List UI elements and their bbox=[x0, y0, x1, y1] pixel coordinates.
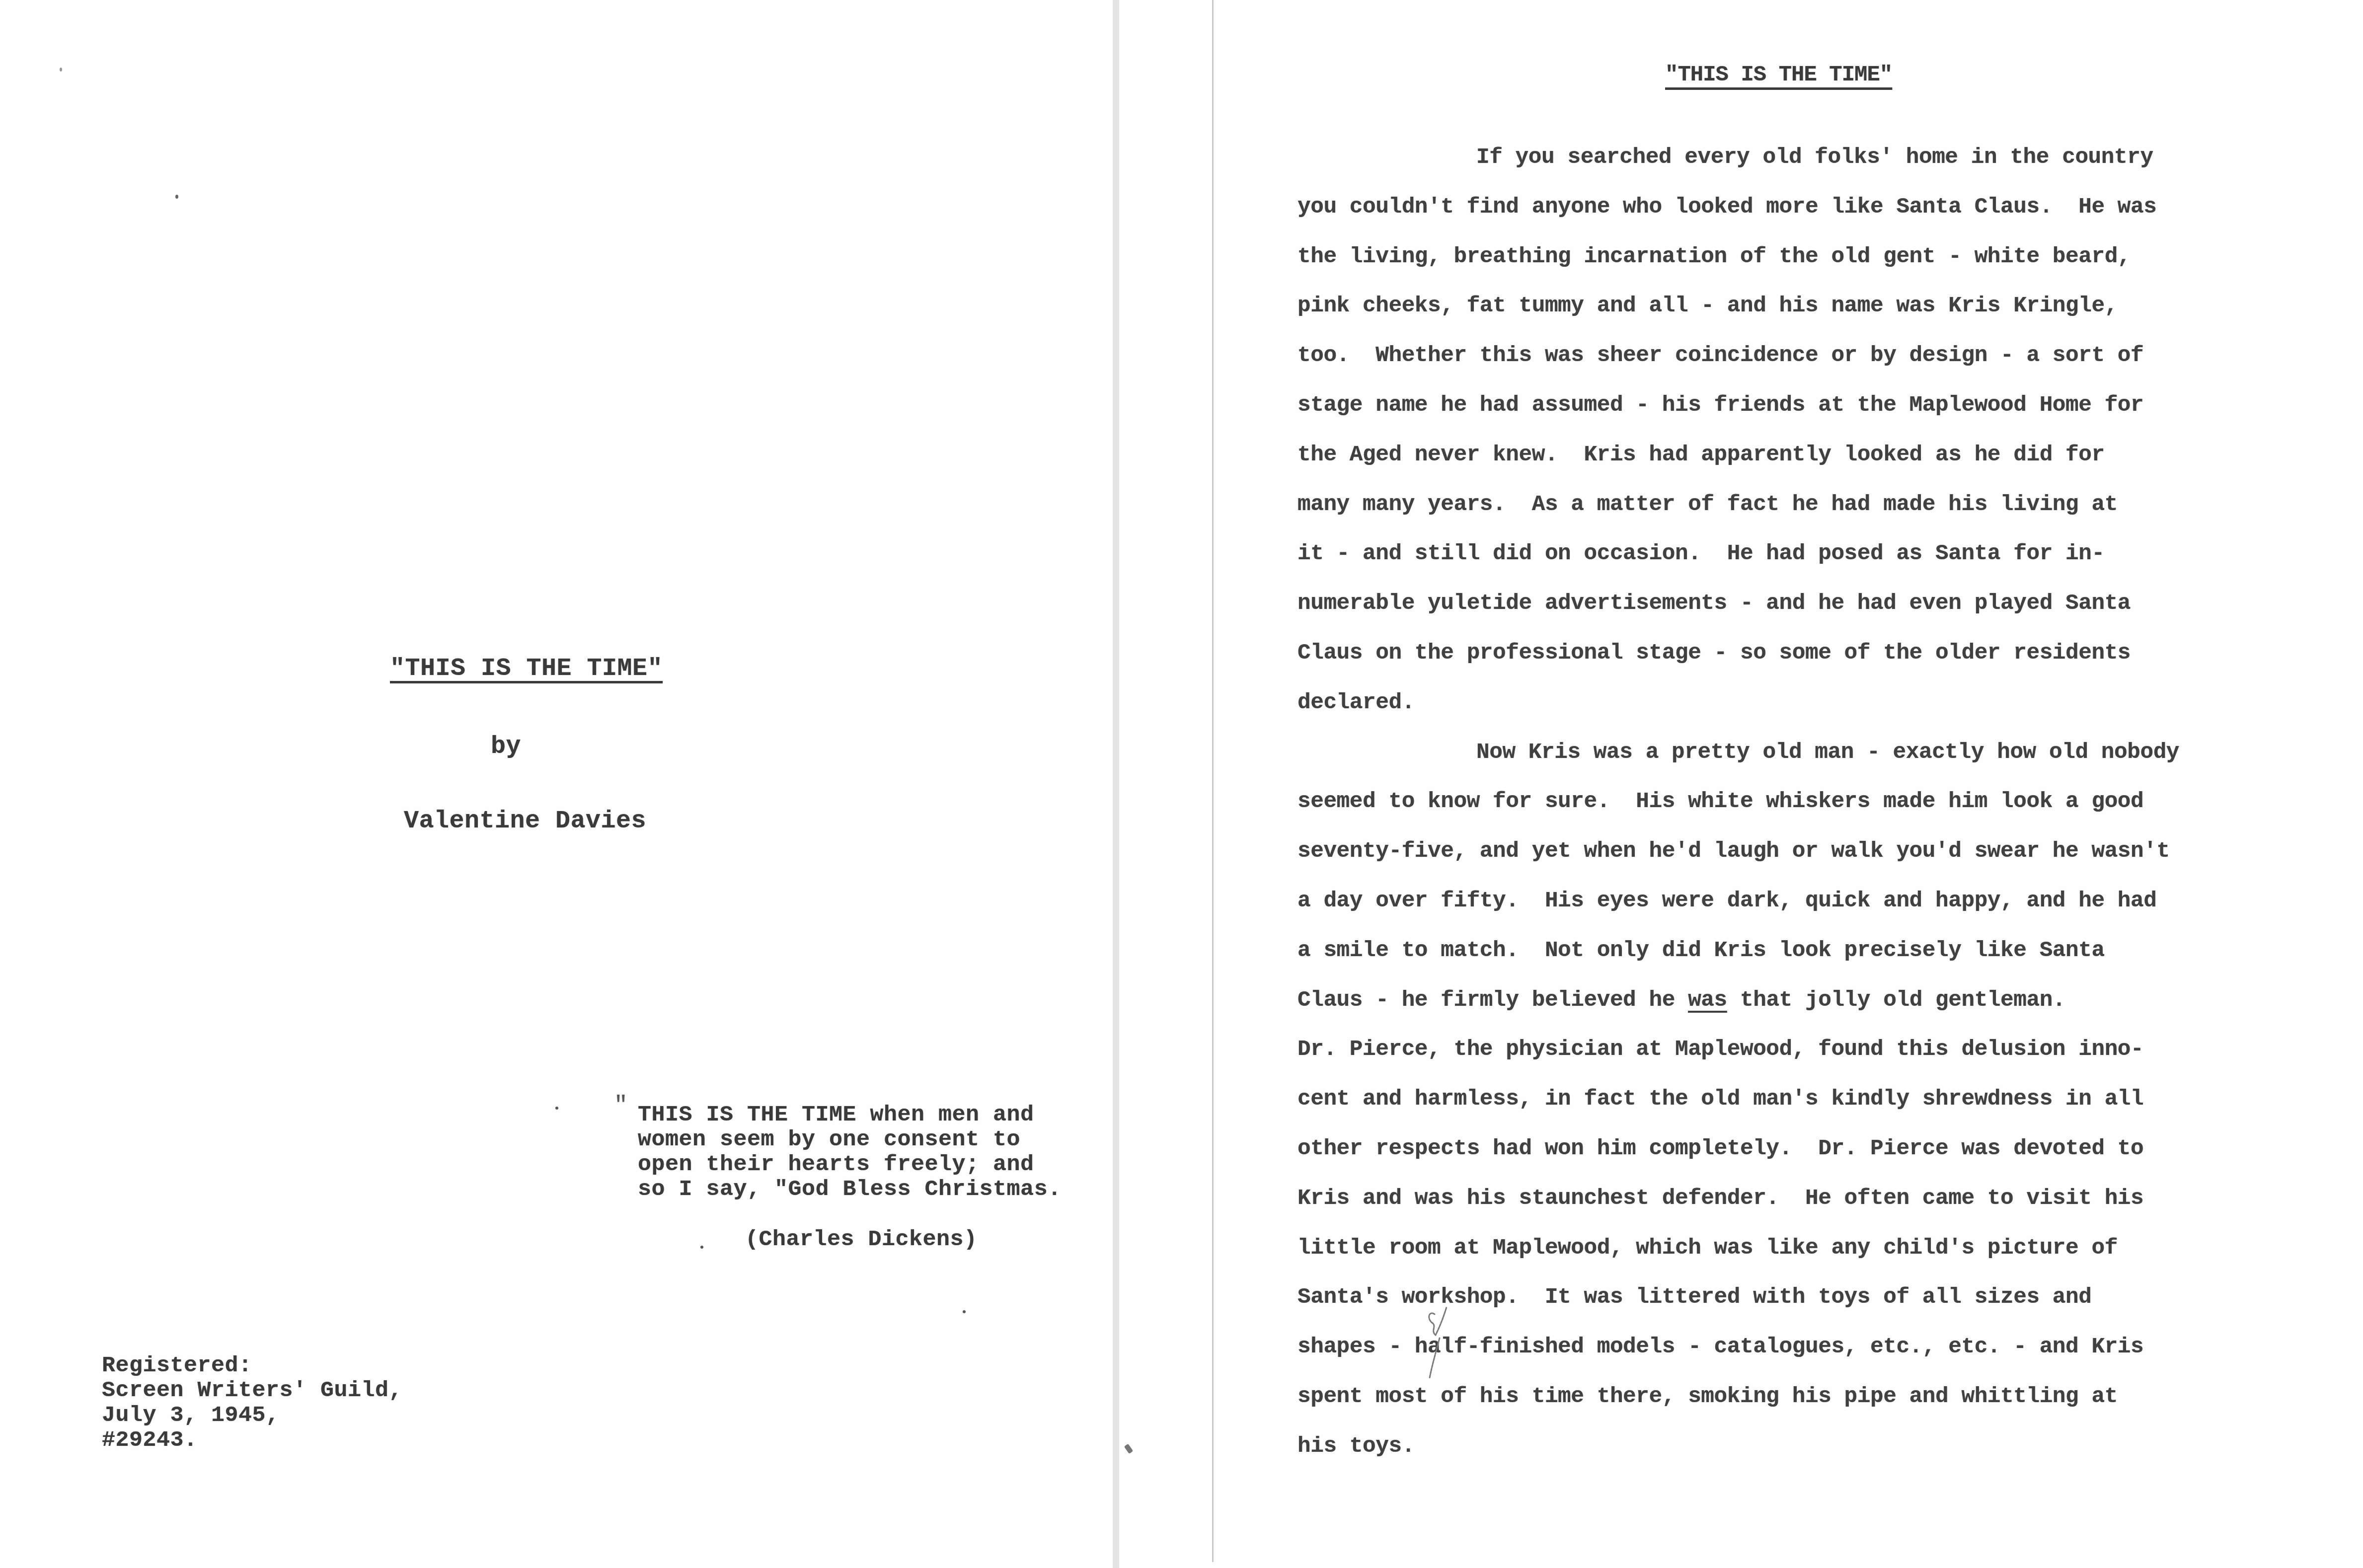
title-page-title: "THIS IS THE TIME" bbox=[390, 655, 663, 683]
story-line-text: Kris and was his staunchest defender. He… bbox=[1297, 1186, 2143, 1211]
story-line-text: Dr. Pierce, the physician at Maplewood, … bbox=[1297, 1037, 2143, 1062]
story-line-text: little room at Maplewood, which was like… bbox=[1297, 1236, 2118, 1261]
story-line-text: If you searched every old folks' home in… bbox=[1476, 145, 2153, 170]
story-line-text: pink cheeks, fat tummy and all - and his… bbox=[1297, 294, 2118, 318]
story-line: other respects had won him completely. D… bbox=[1297, 1124, 2331, 1174]
stray-dot bbox=[555, 1107, 558, 1110]
epigraph-line: THIS IS THE TIME when men and bbox=[638, 1102, 1034, 1127]
story-line-text: many many years. As a matter of fact he … bbox=[1297, 492, 2118, 517]
story-line-text: stage name he had assumed - his friends … bbox=[1297, 393, 2143, 418]
story-line: pink cheeks, fat tummy and all - and his… bbox=[1297, 282, 2331, 331]
story-title-text: "THIS IS THE TIME" bbox=[1665, 63, 1892, 87]
epigraph-open-quote: " bbox=[614, 1093, 628, 1119]
author-name: Valentine Davies bbox=[404, 807, 646, 835]
story-line-text: a smile to match. Not only did Kris look… bbox=[1297, 938, 2105, 963]
epigraph: THIS IS THE TIME when men and women seem… bbox=[638, 1103, 1062, 1202]
epigraph-attribution: (Charles Dickens) bbox=[745, 1227, 978, 1252]
byline: by bbox=[491, 733, 521, 761]
story-title: "THIS IS THE TIME" bbox=[1665, 63, 1892, 87]
epigraph-line: women seem by one consent to bbox=[638, 1127, 1020, 1152]
story-line: seemed to know for sure. His white whisk… bbox=[1297, 777, 2331, 827]
registration-line: #29243. bbox=[102, 1427, 198, 1453]
title-page: "THIS IS THE TIME" by Valentine Davies "… bbox=[0, 0, 1113, 1568]
story-line-text: other respects had won him completely. D… bbox=[1297, 1136, 2143, 1161]
story-line: If you searched every old folks' home in… bbox=[1297, 133, 2331, 183]
pen-delete-mark-icon bbox=[1420, 1305, 1454, 1380]
story-line: a day over fifty. His eyes were dark, qu… bbox=[1297, 877, 2331, 926]
story-line: cent and harmless, in fact the old man's… bbox=[1297, 1075, 2331, 1124]
story-line: it - and still did on occasion. He had p… bbox=[1297, 529, 2331, 579]
stray-dot bbox=[700, 1246, 703, 1249]
story-line-text: Now Kris was a pretty old man - exactly … bbox=[1476, 740, 2179, 765]
story-line-text: the Aged never knew. Kris had apparently… bbox=[1297, 443, 2105, 467]
story-line-text: a day over fifty. His eyes were dark, qu… bbox=[1297, 889, 2157, 913]
gutter bbox=[1119, 0, 1213, 1568]
registration-line: Screen Writers' Guild, bbox=[102, 1378, 402, 1403]
story-line-text: Claus on the professional stage - so som… bbox=[1297, 641, 2131, 666]
story-line-text: the living, breathing incarnation of the… bbox=[1297, 244, 2131, 269]
title-text: "THIS IS THE TIME" bbox=[390, 655, 663, 683]
story-line: numerable yuletide advertisements - and … bbox=[1297, 579, 2331, 629]
story-line-text: his toys. bbox=[1297, 1434, 1415, 1459]
story-line: declared. bbox=[1297, 678, 2331, 728]
story-line-text: numerable yuletide advertisements - and … bbox=[1297, 591, 2131, 616]
story-line-text: seventy-five, and yet when he'd laugh or… bbox=[1297, 839, 2170, 864]
story-line: Dr. Pierce, the physician at Maplewood, … bbox=[1297, 1025, 2331, 1075]
story-line: Now Kris was a pretty old man - exactly … bbox=[1297, 728, 2331, 778]
story-line: the living, breathing incarnation of the… bbox=[1297, 232, 2331, 282]
paper-speck bbox=[175, 195, 178, 199]
story-line-text: you couldn't find anyone who looked more… bbox=[1297, 195, 2157, 220]
story-line-text: it - and still did on occasion. He had p… bbox=[1297, 541, 2105, 566]
story-line: little room at Maplewood, which was like… bbox=[1297, 1224, 2331, 1273]
underlined-emphasis: was bbox=[1688, 988, 1727, 1013]
story-line-text: Claus - he firmly believed he bbox=[1297, 988, 1688, 1013]
epigraph-line: open their hearts freely; and bbox=[638, 1152, 1034, 1177]
story-line: many many years. As a matter of fact he … bbox=[1297, 480, 2331, 530]
story-line: seventy-five, and yet when he'd laugh or… bbox=[1297, 827, 2331, 877]
story-line-text: that jolly old gentleman. bbox=[1727, 988, 2065, 1013]
story-line: his toys. bbox=[1297, 1422, 2331, 1472]
left-page-edge-shadow bbox=[1113, 0, 1119, 1568]
story-line-text: Santa's workshop. It was littered with t… bbox=[1297, 1285, 2091, 1310]
paper-speck bbox=[60, 68, 62, 72]
story-line: the Aged never knew. Kris had apparently… bbox=[1297, 431, 2331, 480]
story-line-text: cent and harmless, in fact the old man's… bbox=[1297, 1087, 2143, 1112]
story-line-text: spent most of his time there, smoking hi… bbox=[1297, 1384, 2118, 1409]
story-body: If you searched every old folks' home in… bbox=[1297, 133, 2331, 1472]
story-line: Claus - he firmly believed he was that j… bbox=[1297, 976, 2331, 1026]
stray-dot bbox=[963, 1310, 966, 1313]
story-line-text: declared. bbox=[1297, 690, 1415, 715]
story-line: too. Whether this was sheer coincidence … bbox=[1297, 331, 2331, 381]
story-line: you couldn't find anyone who looked more… bbox=[1297, 183, 2331, 232]
story-line-text: seemed to know for sure. His white whisk… bbox=[1297, 789, 2143, 814]
registration-line: July 3, 1945, bbox=[102, 1403, 280, 1428]
registration-line: Registered: bbox=[102, 1353, 252, 1378]
story-line: a smile to match. Not only did Kris look… bbox=[1297, 926, 2331, 976]
registration-block: Registered: Screen Writers' Guild, July … bbox=[102, 1353, 402, 1453]
story-line-text: too. Whether this was sheer coincidence … bbox=[1297, 343, 2143, 368]
epigraph-line: so I say, "God Bless Christmas. bbox=[638, 1177, 1062, 1202]
story-line: Kris and was his staunchest defender. He… bbox=[1297, 1174, 2331, 1224]
story-line: stage name he had assumed - his friends … bbox=[1297, 381, 2331, 431]
story-line: Claus on the professional stage - so som… bbox=[1297, 629, 2331, 678]
